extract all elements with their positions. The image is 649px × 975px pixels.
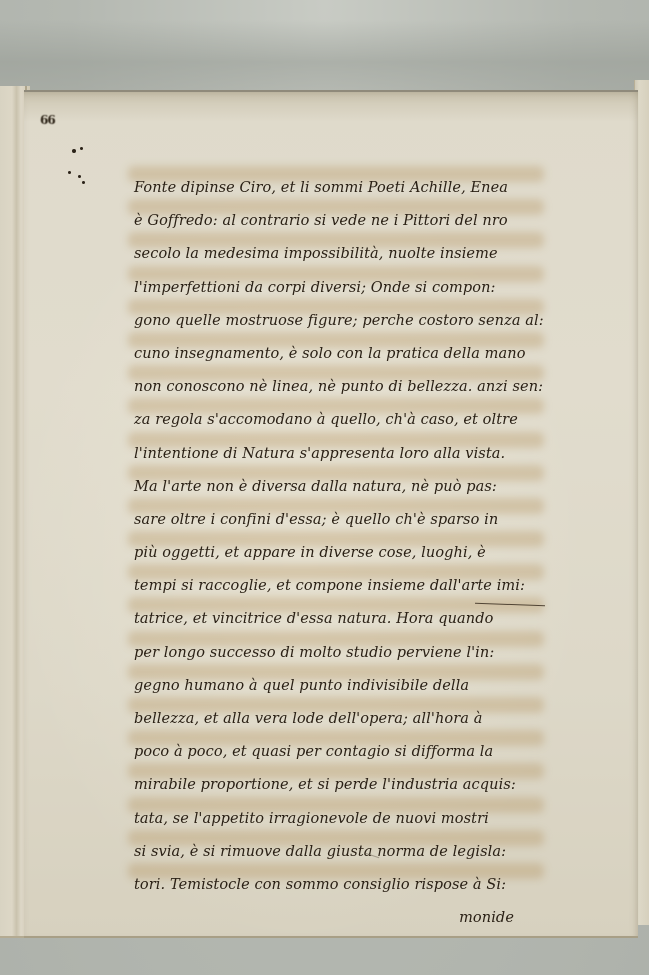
text-line: l'intentione di Natura s'appresenta loro…	[134, 438, 534, 471]
backdrop-shadow	[0, 20, 649, 90]
text-line: gegno humano à quel punto indivisibile d…	[134, 670, 534, 703]
manuscript-text: Fonte dipinse Ciro, et li sommi Poeti Ac…	[134, 172, 534, 935]
text-line: secolo la medesima impossibilità, nuolte…	[134, 238, 534, 271]
text-line: l'imperfettioni da corpi diversi; Onde s…	[134, 272, 534, 305]
text-line: gono quelle mostruose figure; perche cos…	[134, 305, 534, 338]
text-line: per longo successo di molto studio pervi…	[134, 637, 534, 670]
ink-blot-marks	[66, 145, 86, 185]
text-line: cuno insegnamento, è solo con la pratica…	[134, 338, 534, 371]
text-line: poco à poco, et quasi per contagio si di…	[134, 736, 534, 769]
text-line: si svia, è si rimuove dalla giusta norma…	[134, 836, 534, 869]
text-line: è Goffredo: al contrario si vede ne i Pi…	[134, 205, 534, 238]
text-line: tempi si raccoglie, et compone insieme d…	[134, 570, 534, 603]
text-line: tori. Temistocle con sommo consiglio ris…	[134, 869, 534, 902]
text-line: tata, se l'appetito irragionevole de nuo…	[134, 803, 534, 836]
text-line: Ma l'arte non è diversa dalla natura, nè…	[134, 471, 534, 504]
text-line: za regola s'accomodano à quello, ch'à ca…	[134, 404, 534, 437]
text-line: sare oltre i confini d'essa; è quello ch…	[134, 504, 534, 537]
text-line: non conoscono nè linea, nè punto di bell…	[134, 371, 534, 404]
text-line-final: monide	[134, 902, 534, 935]
text-line: bellezza, et alla vera lode dell'opera; …	[134, 703, 534, 736]
text-line: mirabile proportione, et si perde l'indu…	[134, 769, 534, 802]
text-line: Fonte dipinse Ciro, et li sommi Poeti Ac…	[134, 172, 534, 205]
text-line: tatrice, et vincitrice d'essa natura. Ho…	[134, 603, 534, 636]
folio-number: 66	[40, 113, 55, 127]
text-line: più oggetti, et appare in diverse cose, …	[134, 537, 534, 570]
